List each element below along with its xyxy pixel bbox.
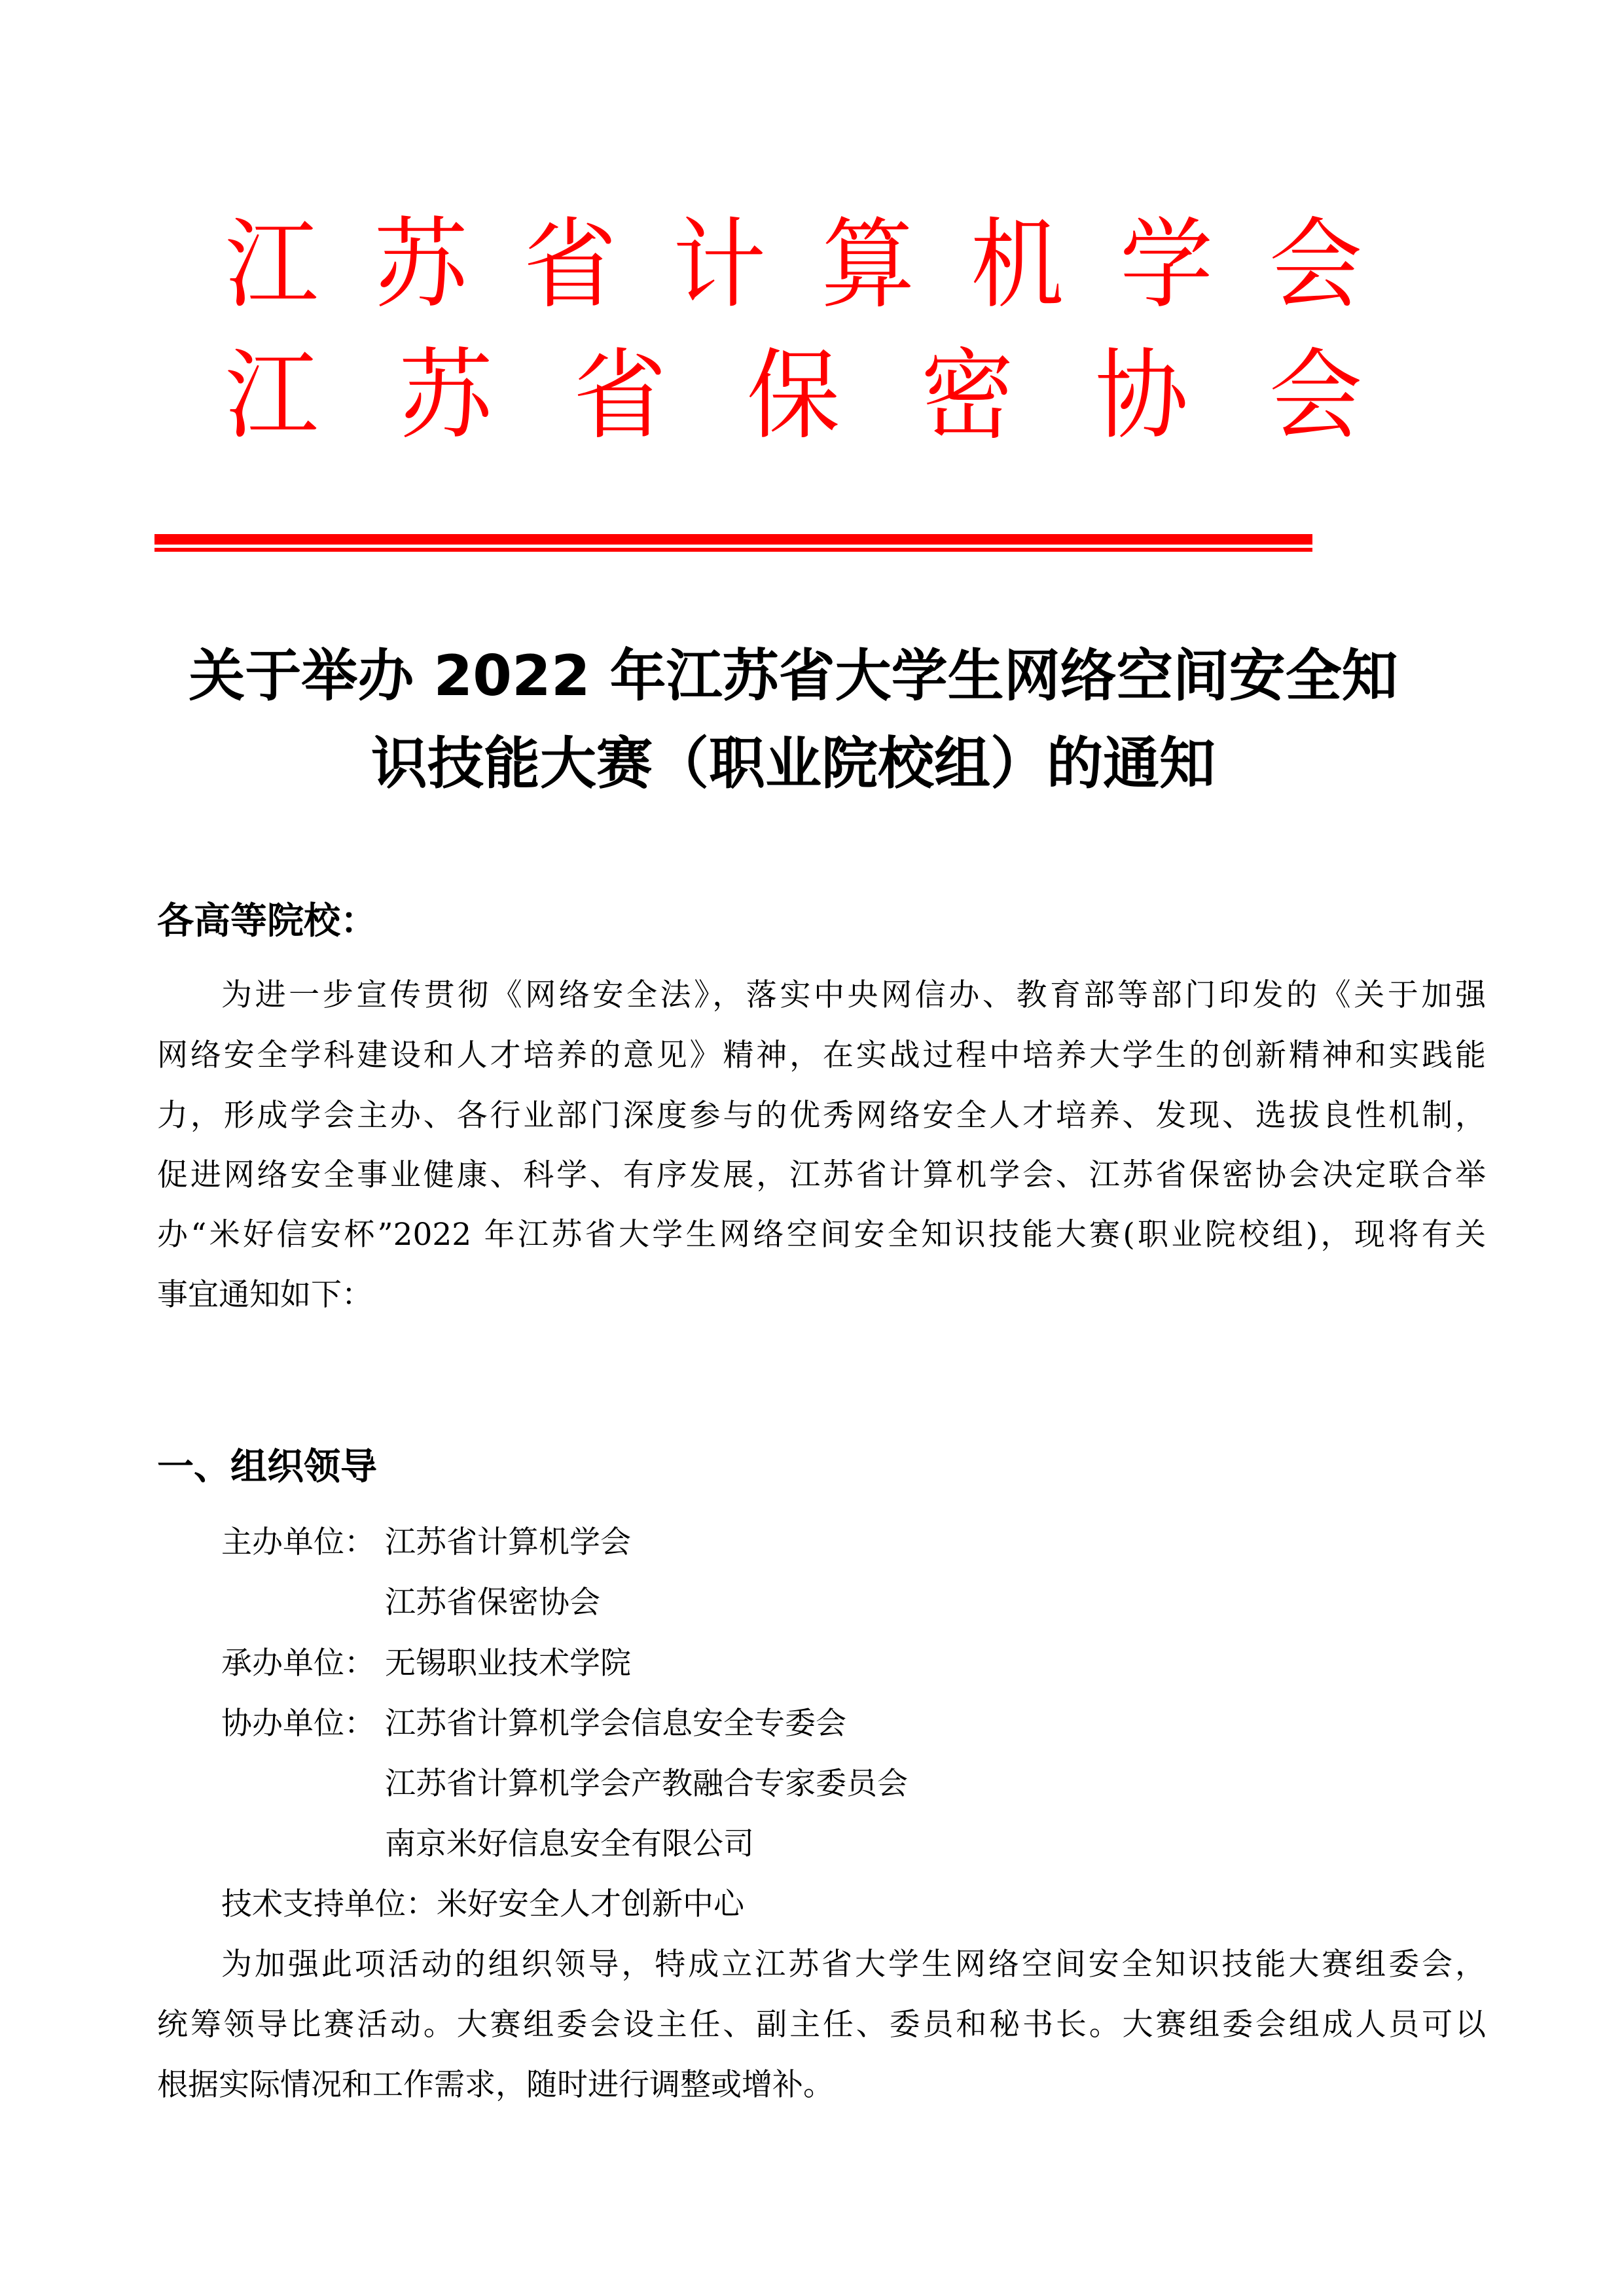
organizer-value: 米好安全人才创新中心 [437, 1874, 744, 1935]
masthead-char: 苏 [374, 216, 468, 314]
masthead-char: 算 [821, 216, 915, 314]
organizer-label: 主办单位： [221, 1513, 385, 1573]
organizer-label: 技术支持单位： [221, 1874, 437, 1935]
masthead-computer-society: 江 苏 省 计 算 机 学 会 [223, 216, 1365, 314]
committee-line: 统筹领导比赛活动。大赛组委会设主任、副主任、委员和秘书长。大赛组委会组成人员可以 [157, 1995, 1486, 2055]
organizer-row-co-organizer: 协办单位：江苏省计算机学会信息安全专委会 [221, 1694, 846, 1754]
masthead-char: 会 [1269, 347, 1363, 445]
intro-line: 促进网络安全事业健康、科学、有序发展，江苏省计算机学会、江苏省保密协会决定联合举 [157, 1145, 1486, 1206]
masthead-divider-thin [154, 548, 1312, 552]
masthead-char: 密 [921, 347, 1015, 445]
masthead-char: 学 [1120, 216, 1214, 314]
masthead-security-association: 江 苏 省 保 密 协 会 [223, 347, 1365, 445]
organizer-value: 南京米好信息安全有限公司 [385, 1814, 754, 1874]
document-title-line-2: 识技能大赛（职业院校组）的通知 [0, 732, 1587, 795]
intro-line: 网络安全学科建设和人才培养的意见》精神，在实战过程中培养大学生的创新精神和实践能 [157, 1026, 1486, 1086]
intro-line: 为进一步宣传贯彻《网络安全法》，落实中央网信办、教育部等部门印发的《关于加强 [221, 965, 1486, 1026]
committee-line: 为加强此项活动的组织领导，特成立江苏省大学生网络空间安全知识技能大赛组委会， [221, 1935, 1486, 1995]
masthead-divider-thick [154, 534, 1312, 545]
committee-line: 根据实际情况和工作需求，随时进行调整或增补。 [157, 2055, 1486, 2115]
document-page: 江 苏 省 计 算 机 学 会 江 苏 省 保 密 协 会 关于举办 2022 … [0, 0, 1624, 2296]
masthead-char: 协 [1095, 347, 1189, 445]
organizer-row-undertaker: 承办单位：无锡职业技术学院 [221, 1634, 631, 1694]
masthead-char: 苏 [399, 347, 493, 445]
organizer-value: 无锡职业技术学院 [385, 1634, 631, 1694]
organizer-row-host-cont: 江苏省保密协会 [385, 1573, 600, 1633]
organizer-value: 江苏省保密协会 [385, 1573, 600, 1633]
document-title-line-1: 关于举办 2022 年江苏省大学生网络空间安全知 [0, 645, 1587, 708]
organizer-row-co-organizer-cont: 南京米好信息安全有限公司 [385, 1814, 754, 1874]
masthead-char: 省 [523, 216, 617, 314]
organizer-row-tech-support: 技术支持单位：米好安全人才创新中心 [221, 1874, 744, 1935]
masthead-char: 江 [225, 347, 319, 445]
intro-line: 力，形成学会主办、各行业部门深度参与的优秀网络安全人才培养、发现、选拔良性机制， [157, 1086, 1486, 1146]
intro-line: 事宜通知如下： [157, 1265, 1486, 1325]
masthead-char: 会 [1269, 216, 1363, 314]
masthead-char: 计 [672, 216, 766, 314]
intro-line: 办“米好信安杯”2022 年江苏省大学生网络空间安全知识技能大赛(职业院校组)，… [157, 1205, 1486, 1265]
masthead-char: 省 [573, 347, 666, 445]
masthead-char: 机 [971, 216, 1064, 314]
organizer-row-host: 主办单位：江苏省计算机学会 [221, 1513, 631, 1573]
organizer-label: 协办单位： [221, 1694, 385, 1754]
masthead-char: 江 [225, 216, 319, 314]
masthead-char: 保 [747, 347, 840, 445]
organizer-value: 江苏省计算机学会产教融合专家委员会 [385, 1754, 908, 1814]
organizer-row-co-organizer-cont: 江苏省计算机学会产教融合专家委员会 [385, 1754, 908, 1814]
organizer-label: 承办单位： [221, 1634, 385, 1694]
salutation: 各高等院校： [157, 891, 1486, 952]
organizer-value: 江苏省计算机学会 [385, 1513, 631, 1573]
section-heading-organization: 一、组织领导 [157, 1437, 1486, 1498]
organizer-value: 江苏省计算机学会信息安全专委会 [385, 1694, 846, 1754]
